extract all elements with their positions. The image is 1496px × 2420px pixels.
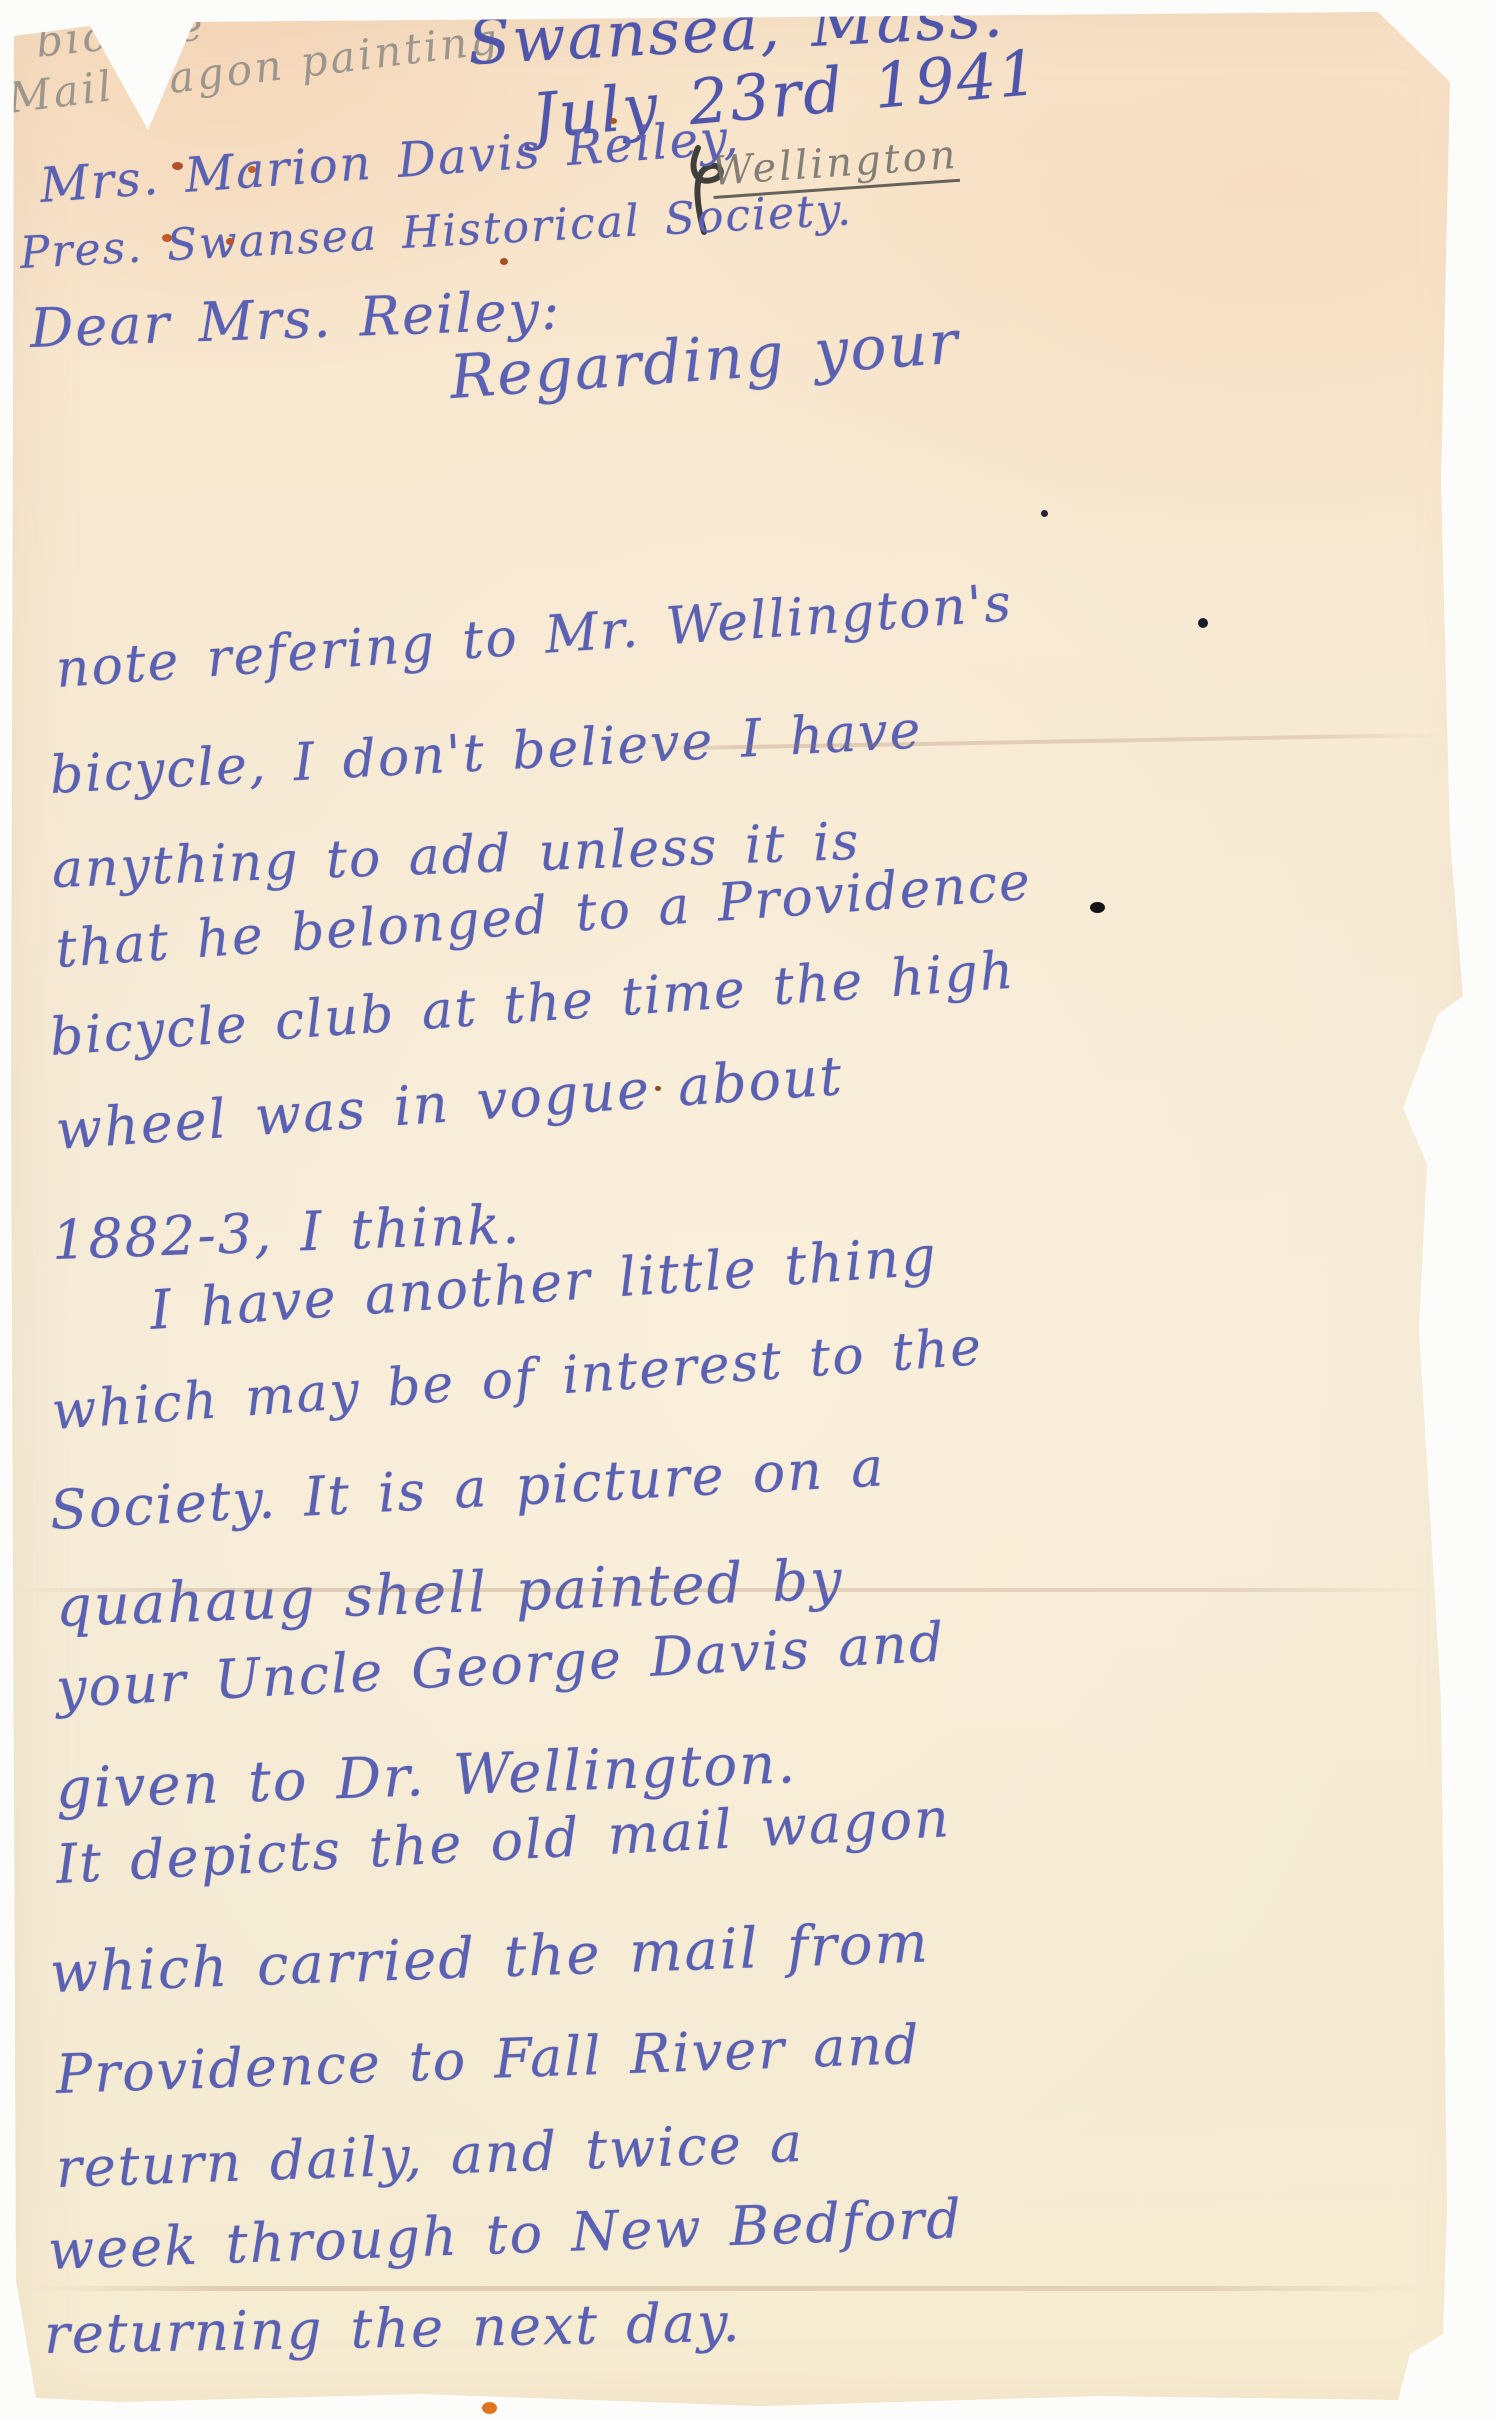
ink-blot xyxy=(1198,618,1208,628)
stain-spot xyxy=(482,2402,497,2414)
letter-line: Providence to Fall River and xyxy=(55,2018,921,2102)
stain-spot xyxy=(500,258,508,265)
letter-line: wheel was in vogue about xyxy=(54,1049,845,1158)
letter-line: week through to New Bedford xyxy=(47,2192,963,2278)
letter-line: Society. It is a picture on a xyxy=(49,1440,887,1538)
scanned-letter: bicycle Mail wagon painting Wellington S… xyxy=(0,0,1496,2420)
letter-line: which carried the mail from xyxy=(49,1915,930,2002)
ink-blot xyxy=(1090,902,1105,913)
letter-line: bicycle, I don't believe I have xyxy=(49,704,924,802)
letter-paper: bicycle Mail wagon painting Wellington S… xyxy=(0,0,1496,2420)
ink-blot xyxy=(1041,510,1048,517)
letter-line: returning the next day. xyxy=(44,2296,742,2362)
letter-line: return daily, and twice a xyxy=(55,2116,805,2196)
letter-line: note refering to Mr. Wellington's xyxy=(54,577,1014,696)
